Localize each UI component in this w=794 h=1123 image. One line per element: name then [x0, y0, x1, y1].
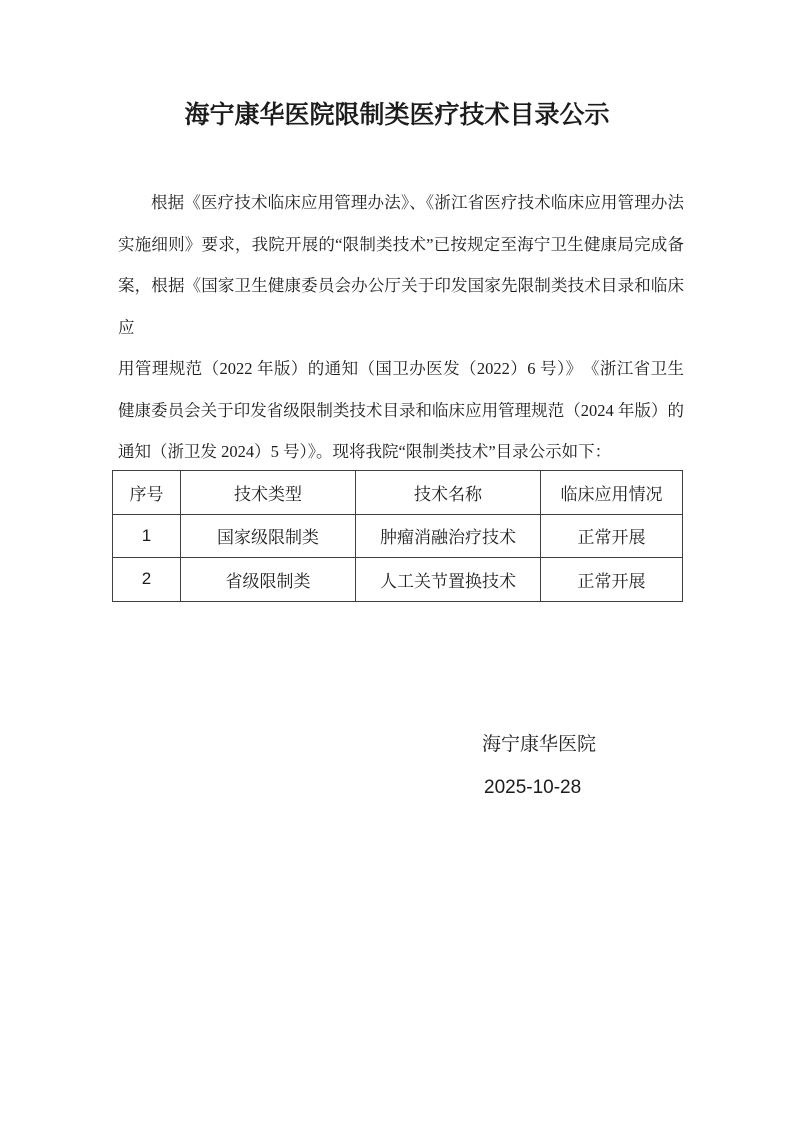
document-page: 海宁康华医院限制类医疗技术目录公示 根据《医疗技术临床应用管理办法》、《浙江省医…: [0, 0, 794, 1123]
cell-tech-name: 人工关节置换技术: [356, 558, 541, 602]
paragraph-line: 实施细则》要求，我院开展的“限制类技术”已按规定至海宁卫生健康局完成备: [118, 224, 684, 266]
cell-tech-name: 肿瘤消融治疗技术: [356, 514, 541, 558]
cell-clinical-status: 正常开展: [541, 514, 683, 558]
restricted-technology-table: 序号 技术类型 技术名称 临床应用情况 1 国家级限制类 肿瘤消融治疗技术 正常…: [112, 470, 683, 602]
table-row: 1 国家级限制类 肿瘤消融治疗技术 正常开展: [113, 514, 683, 558]
cell-tech-type: 省级限制类: [181, 558, 356, 602]
page-title: 海宁康华医院限制类医疗技术目录公示: [0, 98, 794, 132]
cell-tech-type: 国家级限制类: [181, 514, 356, 558]
table-row: 2 省级限制类 人工关节置换技术 正常开展: [113, 558, 683, 602]
column-header-index: 序号: [113, 471, 181, 515]
cell-clinical-status: 正常开展: [541, 558, 683, 602]
paragraph-line: 通知（浙卫发 2024）5 号）》。现将我院“限制类技术”目录公示如下：: [118, 431, 684, 473]
paragraph-line: 根据《医疗技术临床应用管理办法》、《浙江省医疗技术临床应用管理办法: [118, 182, 684, 224]
column-header-tech-type: 技术类型: [181, 471, 356, 515]
signature-hospital-name: 海宁康华医院: [482, 733, 596, 757]
column-header-clinical-status: 临床应用情况: [541, 471, 683, 515]
cell-index: 1: [113, 514, 181, 558]
paragraph-line: 健康委员会关于印发省级限制类技术目录和临床应用管理规范（2024 年版）的: [118, 390, 684, 432]
cell-index: 2: [113, 558, 181, 602]
paragraph-line: 案，根据《国家卫生健康委员会办公厅关于印发国家先限制类技术目录和临床应: [118, 265, 684, 348]
body-paragraph: 根据《医疗技术临床应用管理办法》、《浙江省医疗技术临床应用管理办法 实施细则》要…: [118, 182, 684, 473]
signature-date: 2025-10-28: [484, 776, 581, 800]
paragraph-line: 用管理规范（2022 年版）的通知（国卫办医发（2022）6 号）》 《浙江省卫…: [118, 348, 684, 390]
column-header-tech-name: 技术名称: [356, 471, 541, 515]
table-header-row: 序号 技术类型 技术名称 临床应用情况: [113, 471, 683, 515]
